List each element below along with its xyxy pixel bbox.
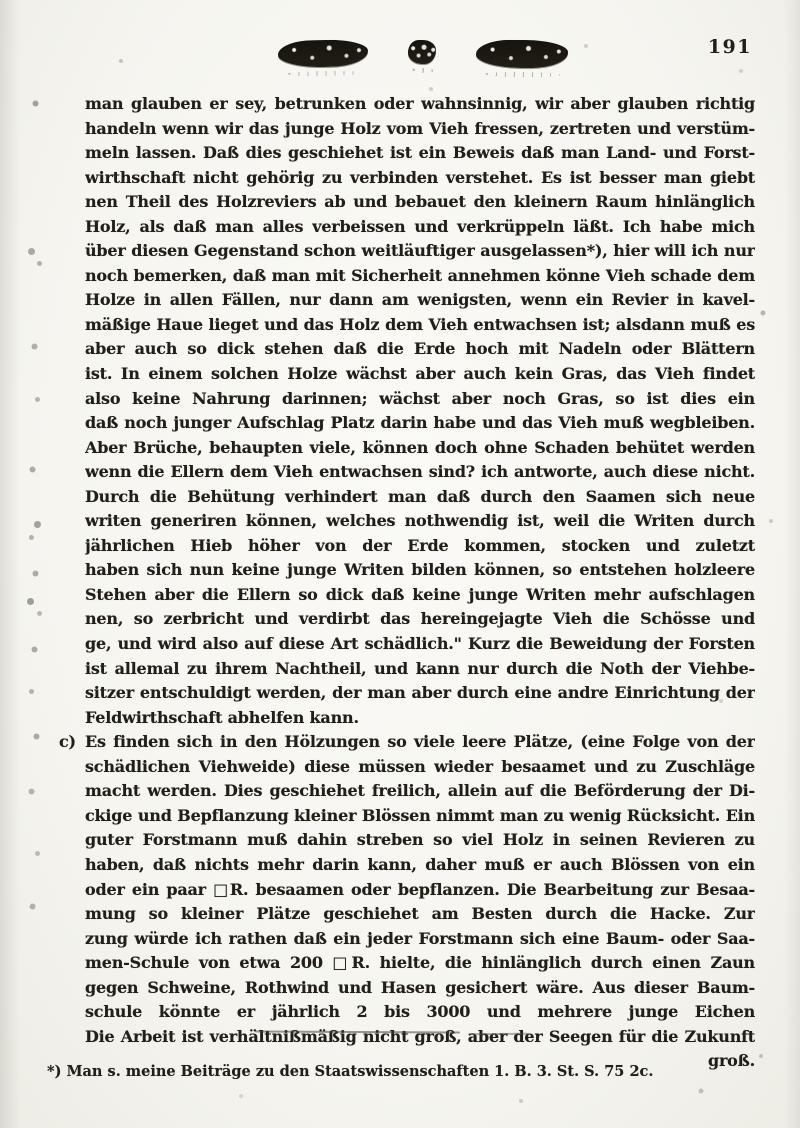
- text-line: Holze in allen Fällen, nur dann am wenig…: [85, 288, 755, 313]
- text-line: schädlichen Viehweide) diese müssen wied…: [85, 755, 755, 780]
- body-text: man glauben er sey, betrunken oder wahns…: [85, 92, 755, 1074]
- text-line: nen, so zerbricht und verdirbt das herei…: [85, 607, 755, 632]
- text-line: writen generiren können, welches nothwen…: [85, 509, 755, 534]
- text-line: Holz, als daß man alles verbeissen und v…: [85, 215, 755, 240]
- text-line: Die Arbeit ist verhältnißmäßig nicht gro…: [85, 1025, 755, 1050]
- text-line: Feldwirthschaft abhelfen kann.: [85, 706, 755, 731]
- text-line: zung würde ich rathen daß ein jeder Fors…: [85, 927, 755, 952]
- text-line: macht werden. Dies geschiehet freilich, …: [85, 779, 755, 804]
- text-line: meln lassen. Daß dies geschiehet ist ein…: [85, 141, 755, 166]
- paragraph-c: c) Es finden sich in den Hölzungen so vi…: [85, 730, 755, 1049]
- fleuron-ornament-icon: [278, 39, 369, 68]
- text-line: handeln wenn wir das junge Holz vom Vieh…: [85, 117, 755, 142]
- text-line: sitzer entschuldigt werden, der man aber…: [85, 681, 755, 706]
- page-number: 191: [708, 36, 752, 58]
- text-line: ist. In einem solchen Holze wächst aber …: [85, 362, 755, 387]
- text-line: Aber Brüche, behaupten viele, können doc…: [85, 436, 755, 461]
- paragraph-b: man glauben er sey, betrunken oder wahns…: [85, 92, 755, 730]
- fleuron-ornament-icon: [408, 40, 436, 64]
- text-line: mung so kleiner Plätze geschiehet am Bes…: [85, 902, 755, 927]
- text-line: jährlichen Hieb höher von der Erde komme…: [85, 534, 755, 559]
- text-line: haben, daß nichts mehr darin kann, daher…: [85, 853, 755, 878]
- text-line: ge, und wird also auf diese Art schädlic…: [85, 632, 755, 657]
- text-line: wenn die Ellern dem Vieh entwachsen sind…: [85, 460, 755, 485]
- text-line: daß noch junger Aufschlag Platz darin ha…: [85, 411, 755, 436]
- text-line: ist allemal zu ihrem Nachtheil, und kann…: [85, 657, 755, 682]
- text-line: nen Theil des Holzreviers ab und bebauet…: [85, 190, 755, 215]
- text-line: Stehen aber die Ellern so dick daß keine…: [85, 583, 755, 608]
- text-line: über diesen Gegenstand schon weitläuftig…: [85, 239, 755, 264]
- scan-speckles: [0, 0, 2, 2]
- text-line: noch bemerken, daß man mit Sicherheit an…: [85, 264, 755, 289]
- text-line: mäßige Haue lieget und das Holz dem Vieh…: [85, 313, 755, 338]
- text-line: aber auch so dick stehen daß die Erde ho…: [85, 337, 755, 362]
- text-line: ckige und Bepflanzung kleiner Blössen ni…: [85, 804, 755, 829]
- text-line: Durch die Behütung verhindert man daß du…: [85, 485, 755, 510]
- text-line: man glauben er sey, betrunken oder wahns…: [85, 92, 755, 117]
- text-line: haben sich nun keine junge Writen bilden…: [85, 558, 755, 583]
- text-line: oder ein paar □R. besaamen oder bepflanz…: [85, 878, 755, 903]
- fleuron-ornament-icon: [476, 40, 568, 69]
- header-ornament-row: [278, 40, 568, 68]
- paragraph-marker: c): [59, 730, 85, 755]
- text-line: schule könnte er jährlich 2 bis 3000 und…: [85, 1000, 755, 1025]
- text-line: gegen Schweine, Rothwind und Hasen gesic…: [85, 976, 755, 1001]
- page-header: 191: [0, 34, 800, 84]
- text-line: also keine Nahrung darinnen; wächst aber…: [85, 387, 755, 412]
- text-line: wirthschaft nicht gehörig zu verbinden v…: [85, 166, 755, 191]
- text-line: Es finden sich in den Hölzungen so viele…: [85, 730, 755, 755]
- text-line: guter Forstmann muß dahin streben so vie…: [85, 828, 755, 853]
- footnote: *) Man s. meine Beiträge zu den Staatswi…: [47, 1063, 707, 1080]
- scanned-book-page: 191 man glauben er sey, betrunken oder w…: [0, 0, 800, 1128]
- scan-margin-marks: [0, 0, 3, 3]
- text-line: men-Schule von etwa 200 □R. hielte, die …: [85, 951, 755, 976]
